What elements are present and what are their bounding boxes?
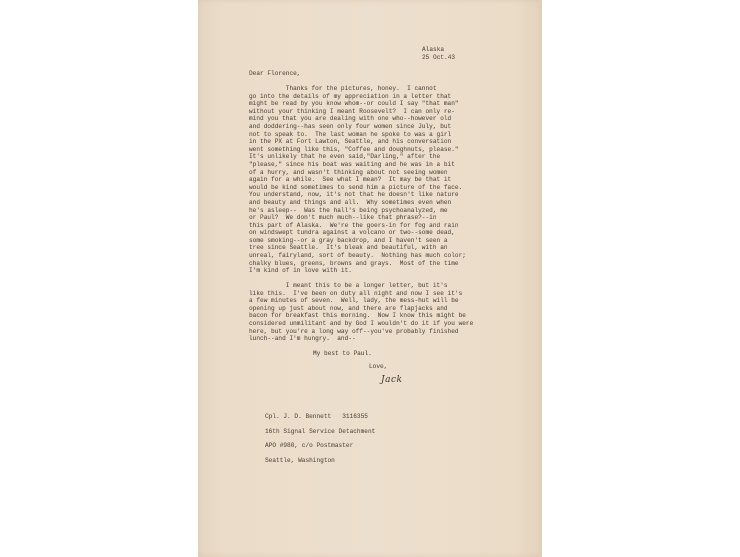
text-line: on windswept tundra against a volcano or… <box>249 229 466 237</box>
text-line: considered unmilitant and by God I would… <box>249 320 473 328</box>
text-line: would be kind sometimes to send him a pi… <box>249 184 462 192</box>
text-line: You understand, now, it's not that he do… <box>249 191 462 199</box>
text-line: We don't much much--like that phrase?--i… <box>249 214 466 222</box>
text-line: unreal, fairyland, sort of beauty. Nothi… <box>249 252 466 260</box>
paragraph-1: Thanks for the pictures, honey. I cannot… <box>249 85 462 222</box>
text-line: this part of Alaska. We're the goers-in … <box>249 222 466 230</box>
text-line: not to speak to. The last woman he spoke… <box>249 131 462 139</box>
paragraph-3: I meant this to be a longer letter, but … <box>249 282 473 343</box>
text-line: chalky blues, greens, browns and grays. … <box>249 260 466 268</box>
address-line-unit: 16th Signal Service Detachment <box>265 428 375 436</box>
letter-page <box>198 0 542 557</box>
salutation: Dear Florence, <box>249 70 300 78</box>
text-line: here, but you're a long way off--you've … <box>249 328 473 336</box>
text-line: of a hurry, and wasn't thinking about no… <box>249 169 462 177</box>
address-line-city: Seattle, Washington <box>265 457 335 465</box>
text-line: a few minutes of seven. Well, lady, the … <box>249 297 473 305</box>
text-line: in the PX at Fort Lawton, Seattle, and h… <box>249 138 462 146</box>
text-line: might be read by you know whom--or could… <box>249 100 462 108</box>
address-line-name: Cpl. J. D. Bennett 3116355 <box>265 413 368 421</box>
text-line: opening up just about now, and there are… <box>249 305 473 313</box>
text-line: I meant this to be a longer letter, but … <box>249 282 473 290</box>
dateline-place: Alaska <box>422 46 444 53</box>
text-line: It's unlikely that he even said,"Darling… <box>249 153 462 161</box>
document-viewer: Alaska 25 Oct.43 Dear Florence, Thanks f… <box>0 0 740 557</box>
text-line: again for a while. See what I mean? It m… <box>249 176 462 184</box>
text-line: "please," since his boat was waiting and… <box>249 161 462 169</box>
text-line: and beauty and things and all. Why somet… <box>249 199 462 207</box>
text-line: he's asleep-- Was the hall's being psych… <box>249 207 462 215</box>
text-line: like this. I've been on duty all night a… <box>249 290 473 298</box>
text-line: without your thinking I meant Roosevelt?… <box>249 108 462 116</box>
text-line: I'm kind of in love with it. <box>249 267 466 275</box>
text-line: bacon for breakfast this morning. Now I … <box>249 312 473 320</box>
handwritten-signature: Jack <box>381 375 402 385</box>
text-line: Thanks for the pictures, honey. I cannot <box>249 85 462 93</box>
text-line: tree since Seattle. It's bleak and beaut… <box>249 244 466 252</box>
text-line: some smoking--or a gray backdrop, and I … <box>249 237 466 245</box>
text-line: and doddering--has seen only four women … <box>249 123 462 131</box>
text-line: mind you that you are dealing with one w… <box>249 115 462 123</box>
text-line: lunch--and I'm hungry. and-- <box>249 335 473 343</box>
address-line-apo: APO #980, c/o Postmaster <box>265 442 353 450</box>
text-line: went something like this, "Coffee and do… <box>249 146 462 154</box>
closing: Love, <box>369 363 387 371</box>
dateline-date: 25 Oct.43 <box>422 54 455 61</box>
regards-line: My best to Paul. <box>313 350 372 358</box>
text-line: go into the details of my appreciation i… <box>249 93 462 101</box>
dateline: Alaska 25 Oct.43 <box>422 46 455 61</box>
paragraph-2: We don't much much--like that phrase?--i… <box>249 214 466 275</box>
